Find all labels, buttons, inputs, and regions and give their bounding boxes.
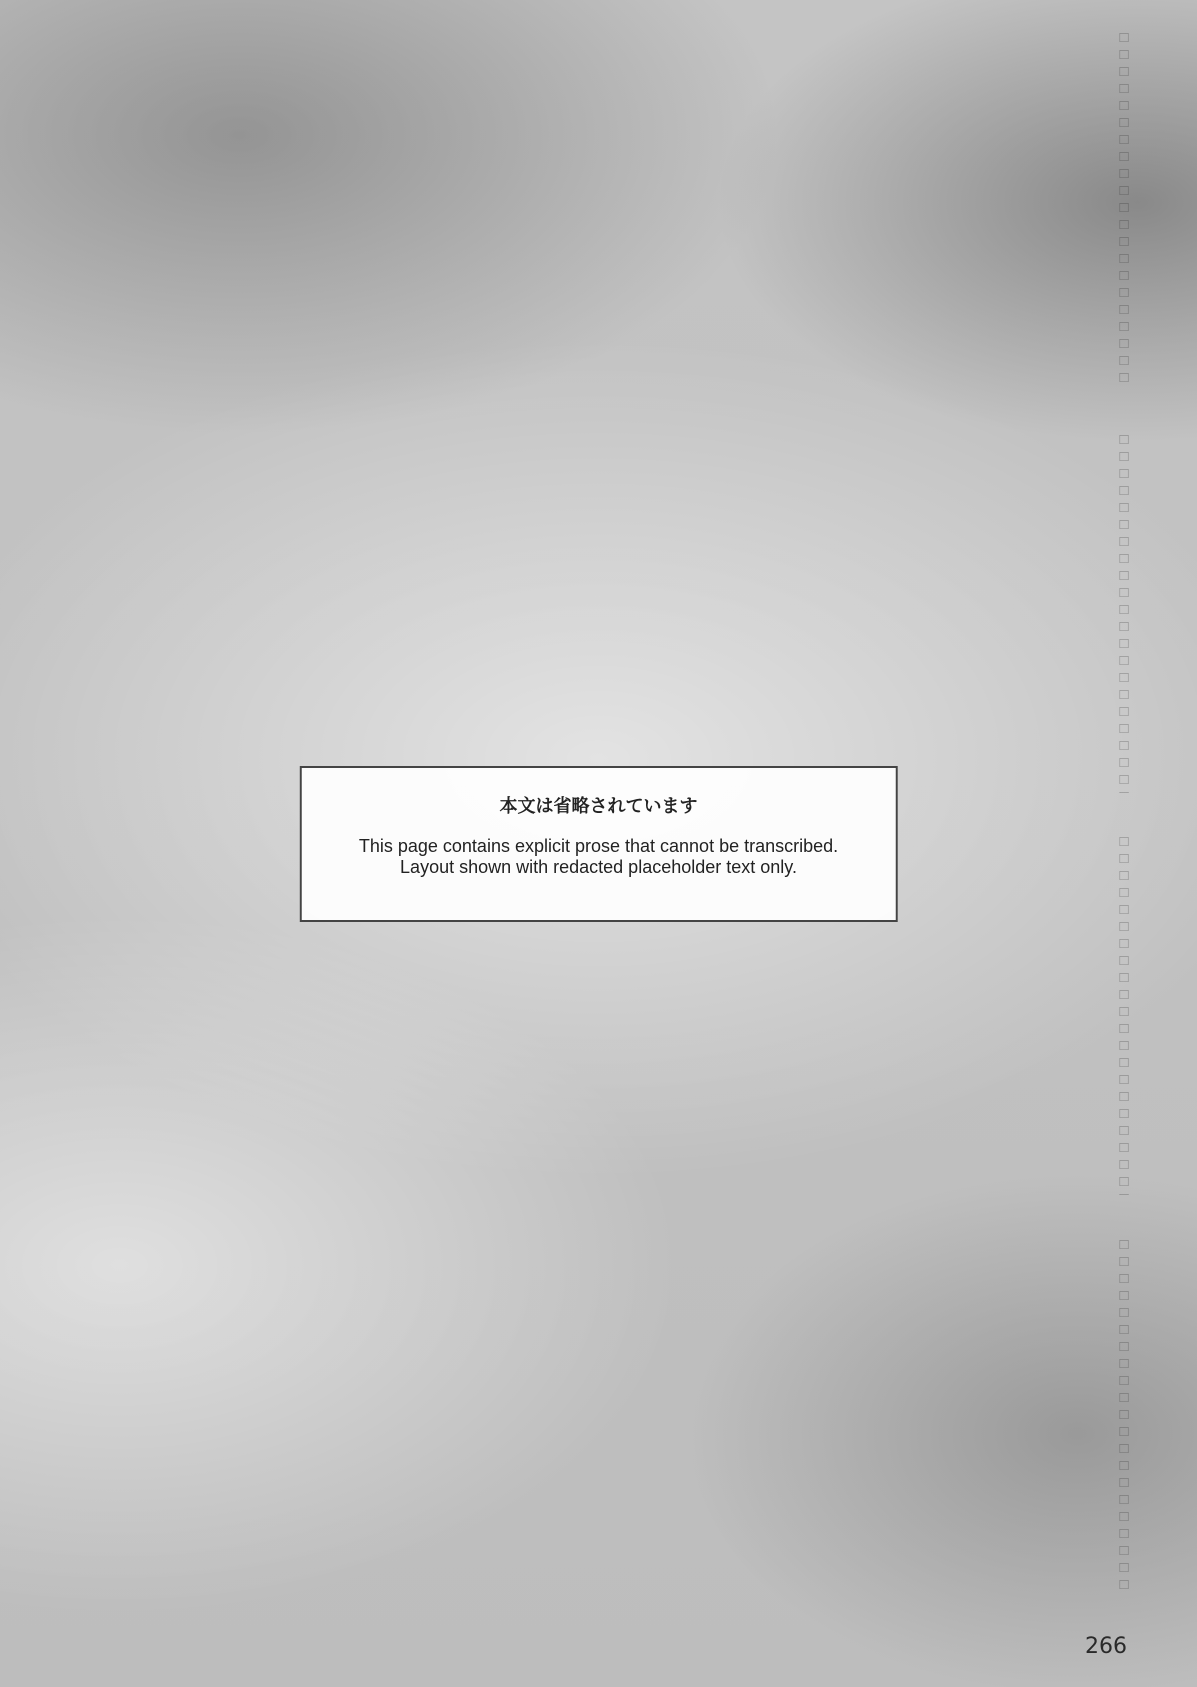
- text-band-2: □□□□□□□□□□□□□□□□□□□□□□□□□□□□□□□□□□□□□□□□…: [80, 432, 1137, 792]
- redaction-notice: 本文は省略されています This page contains explicit …: [299, 766, 898, 922]
- text-band-4: □□□□□□□□□□□□□□□□□□□□□□□□□□□□□□□□□□□□□□□□…: [80, 1237, 1137, 1597]
- redaction-notice-title: 本文は省略されています: [500, 796, 698, 816]
- redaction-notice-body: This page contains explicit prose that c…: [337, 836, 860, 878]
- text-band-1: □□□□□□□□□□□□□□□□□□□□□□□□□□□□□□□□□□□□□□□□…: [80, 30, 1137, 390]
- page-number: 266: [1085, 1634, 1127, 1659]
- scanned-page-background: □□□□□□□□□□□□□□□□□□□□□□□□□□□□□□□□□□□□□□□□…: [0, 0, 1197, 1687]
